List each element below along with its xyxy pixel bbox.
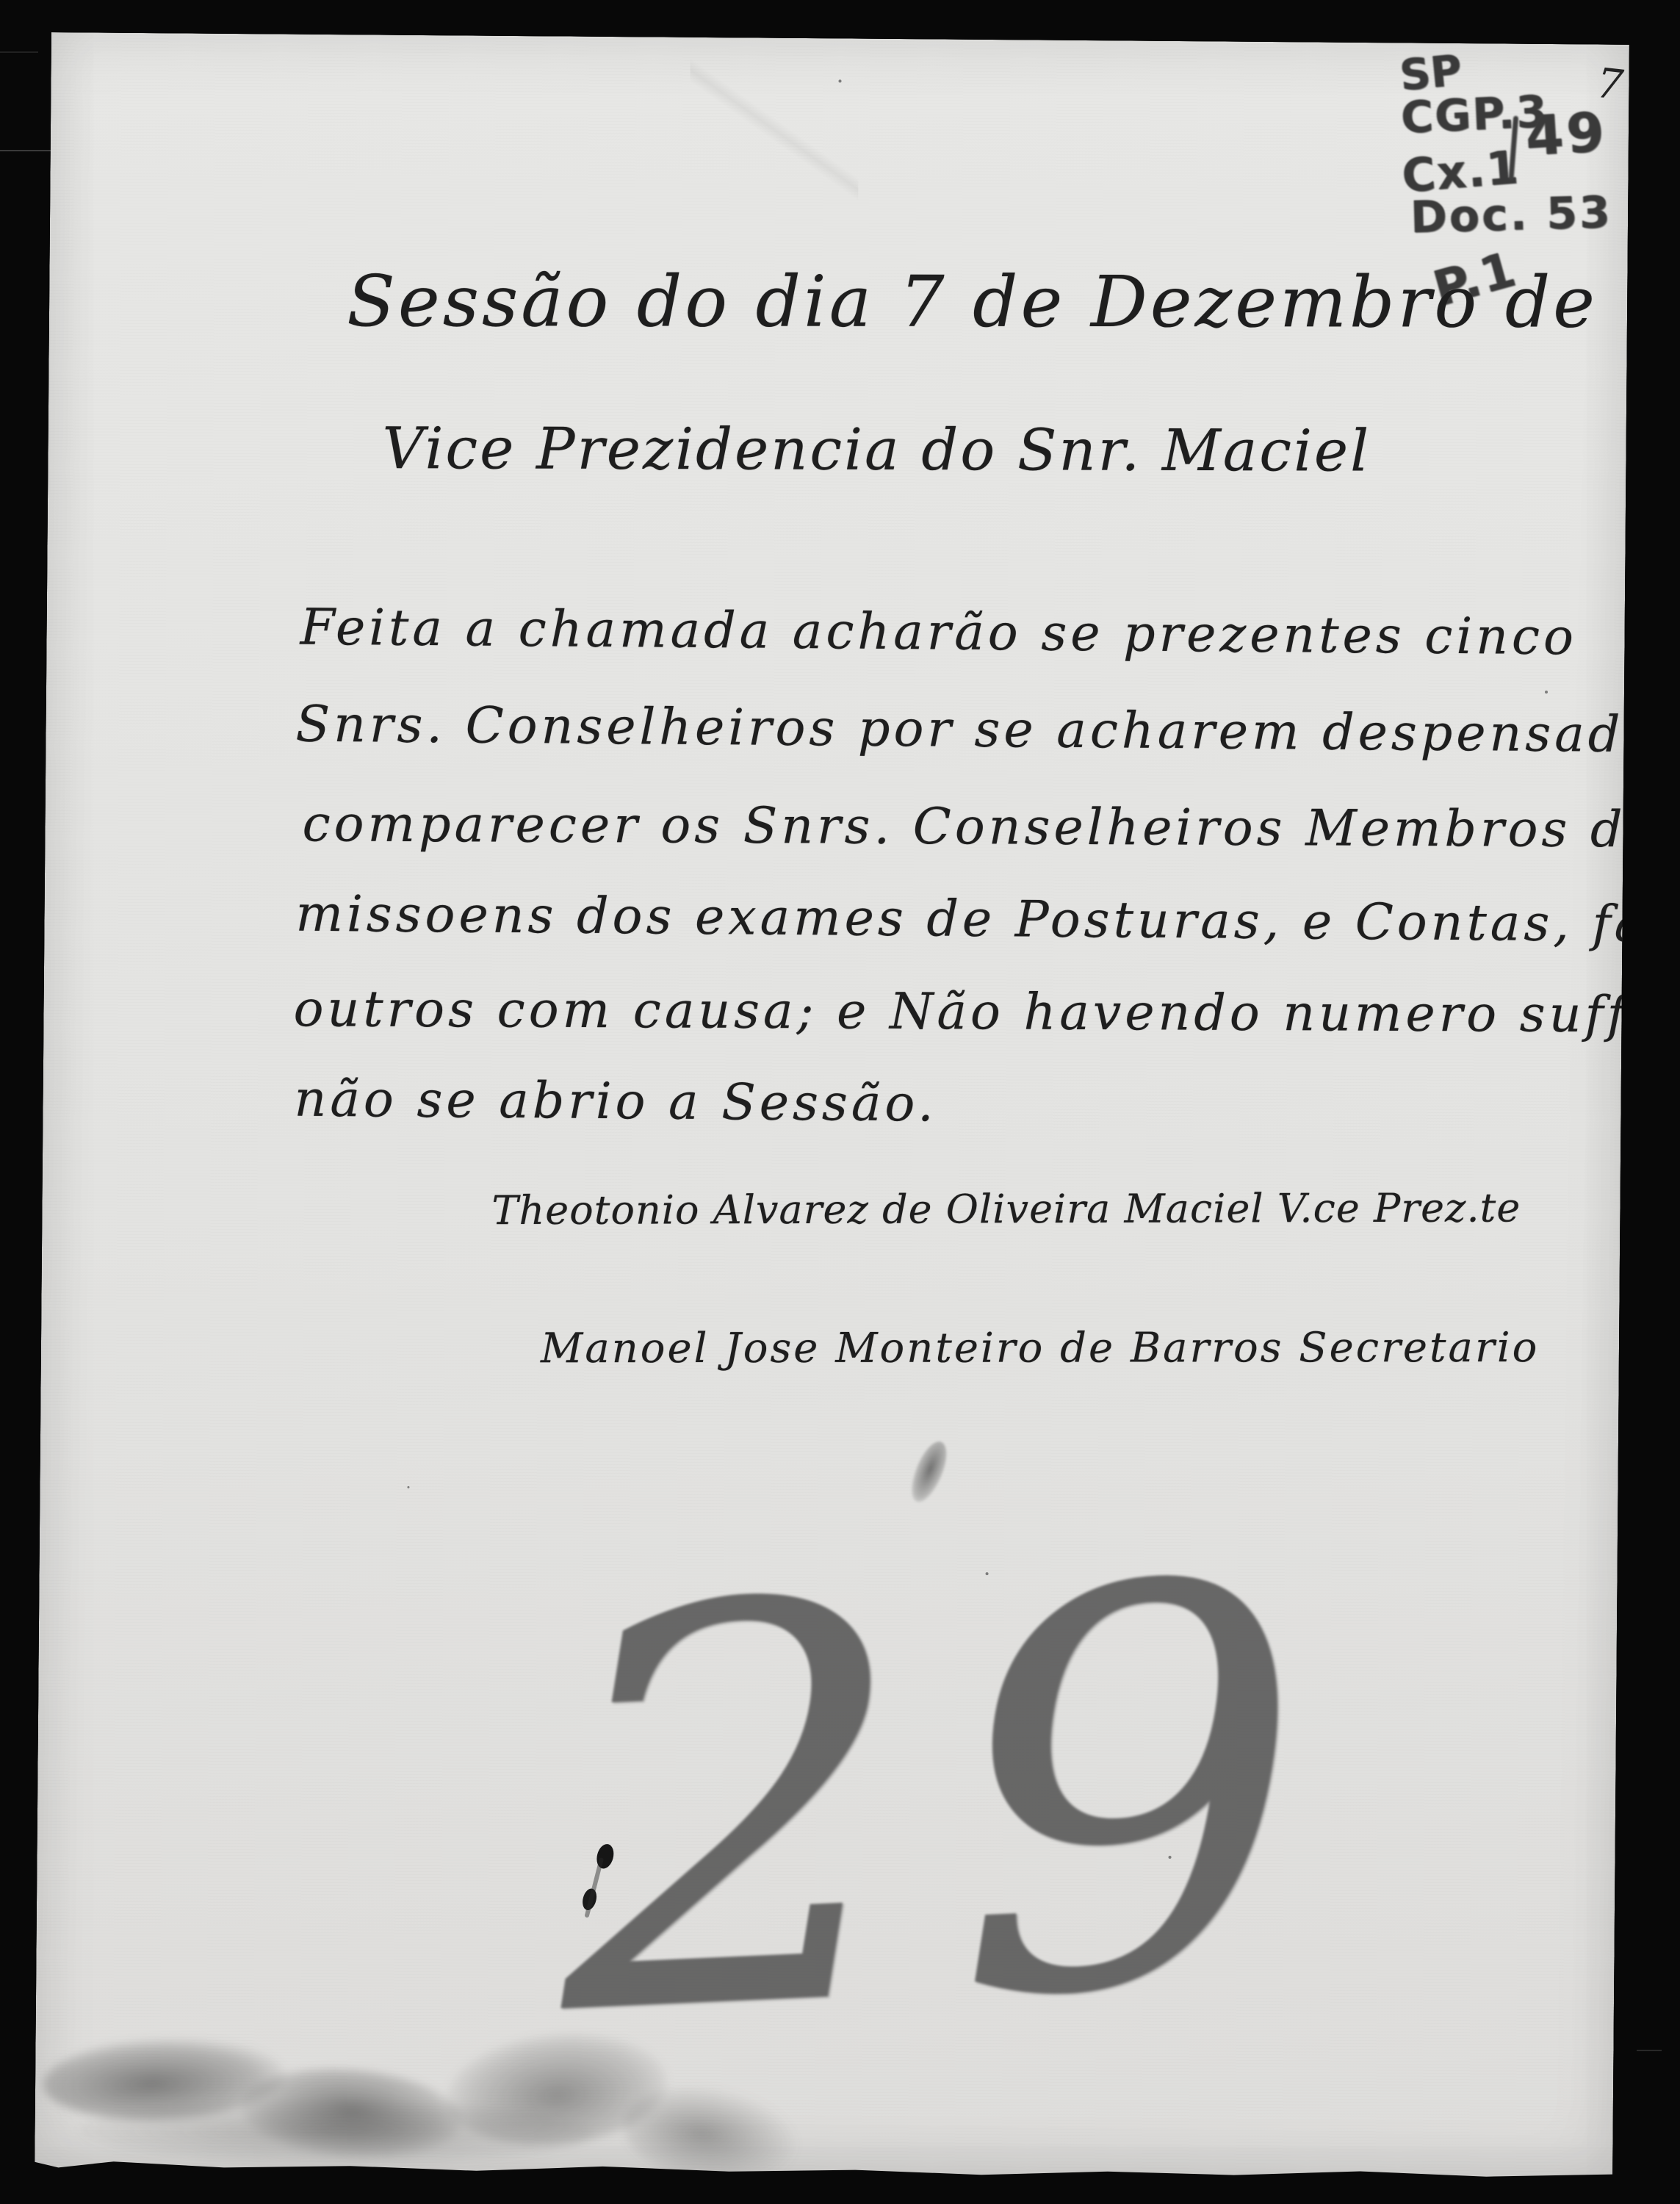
dust-speck bbox=[1169, 1856, 1172, 1859]
scanner-streak bbox=[1637, 2050, 1662, 2051]
body-line: missoens dos exames de Posturas, e Conta… bbox=[295, 885, 1680, 955]
signature-vice-president: Theotonio Alvarez de Oliveira Maciel V.c… bbox=[491, 1184, 1521, 1234]
body-line: não se abrio a Sessão. bbox=[294, 1070, 937, 1134]
page-number: 7 bbox=[1594, 60, 1626, 110]
paper-crease bbox=[689, 37, 859, 223]
bottom-edge-stain bbox=[35, 1987, 815, 2198]
dust-speck bbox=[986, 1572, 989, 1575]
manuscript-page: SP CGP.3 49 Cx.1 Doc. 53 P.1 7 Sessão do… bbox=[35, 32, 1629, 2184]
body-line: Feita a chamada acharão se prezentes cin… bbox=[300, 599, 1577, 667]
scanner-streak bbox=[0, 51, 38, 53]
archive-mark-doc: Doc. 53 bbox=[1410, 187, 1613, 243]
dust-speck bbox=[407, 1486, 409, 1488]
scanned-document-background: SP CGP.3 49 Cx.1 Doc. 53 P.1 7 Sessão do… bbox=[0, 0, 1680, 2204]
scanner-streak bbox=[0, 150, 57, 151]
body-line: Snrs. Conselheiros por se acharem despen… bbox=[295, 696, 1680, 766]
body-line: comparecer os Snrs. Conselheiros Membros… bbox=[302, 795, 1680, 860]
archive-mark-number: 49 bbox=[1524, 101, 1609, 169]
dust-speck bbox=[838, 79, 841, 82]
signature-secretary: Manoel Jose Monteiro de Barros Secretari… bbox=[541, 1324, 1539, 1372]
session-heading: Sessão do dia 7 de Dezembro de 1829 bbox=[347, 260, 1680, 344]
presidency-line: Vice Prezidencia do Snr. Maciel bbox=[382, 416, 1371, 485]
dust-speck bbox=[1545, 691, 1548, 694]
dust-speck bbox=[447, 907, 450, 910]
body-line: outros com causa; e Não havendo numero s… bbox=[293, 980, 1680, 1045]
